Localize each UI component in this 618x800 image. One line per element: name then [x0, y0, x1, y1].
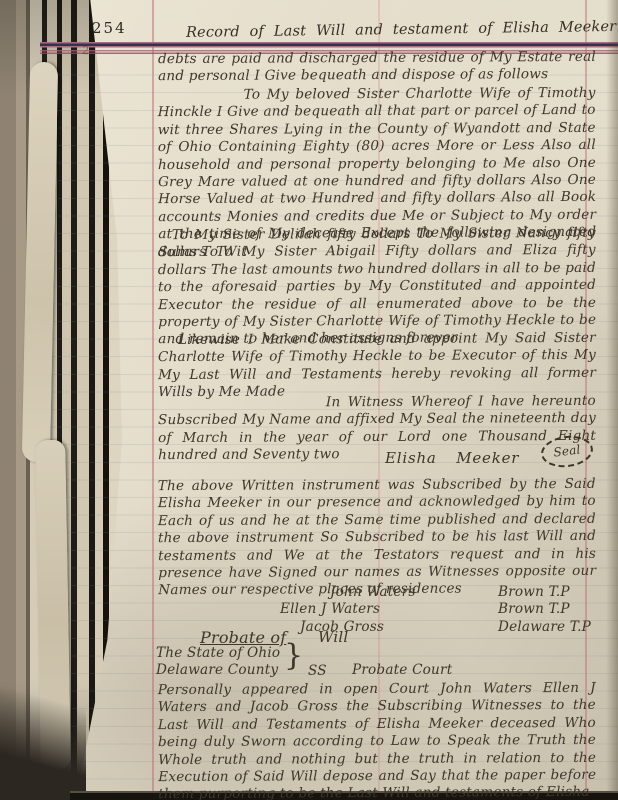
witness-row: Ellen J Waters Brown T.P: [158, 601, 598, 618]
page-number: 254: [92, 20, 127, 37]
attestation-paragraph: The above Written instrument was Subscri…: [158, 476, 597, 600]
probate-heading-will: Will: [318, 629, 348, 646]
witness-name: John Waters: [330, 584, 416, 601]
witness-residence: Delaware T.P: [498, 619, 591, 636]
probate-heading: Probate of: [200, 629, 286, 646]
witness-row: John Waters Brown T.P: [158, 584, 598, 601]
page-gutter-shadow: [606, 0, 618, 800]
will-paragraph-residue: debts are paid and discharged the residu…: [158, 49, 596, 86]
seal-label: Seal: [552, 441, 581, 462]
will-paragraph-witness-clause: In Witness Whereof I have hereunto Subsc…: [158, 393, 596, 465]
probate-paragraph: Personally appeared in open Court John W…: [158, 680, 597, 800]
ss-label: SS: [308, 663, 327, 680]
state-line: The State of Ohio: [156, 645, 280, 662]
ledger-page-scan: 254 2 Record of Last Will and testament …: [0, 0, 618, 800]
witness-residence: Brown T.P: [498, 584, 570, 601]
header-rule-top: [40, 42, 618, 48]
venue-brace: }: [284, 641, 303, 671]
testator-signature: Elisha Meeker: [385, 450, 519, 467]
witness-name: Ellen J Waters: [280, 601, 380, 618]
will-paragraph-executor: Likewise I Make Constitute and appoint M…: [158, 330, 596, 402]
county-line: Delaware County: [156, 662, 278, 679]
witness-residence: Brown T.P: [498, 601, 570, 618]
court-label: Probate Court: [352, 662, 452, 679]
book-cover-corner: [0, 670, 86, 800]
